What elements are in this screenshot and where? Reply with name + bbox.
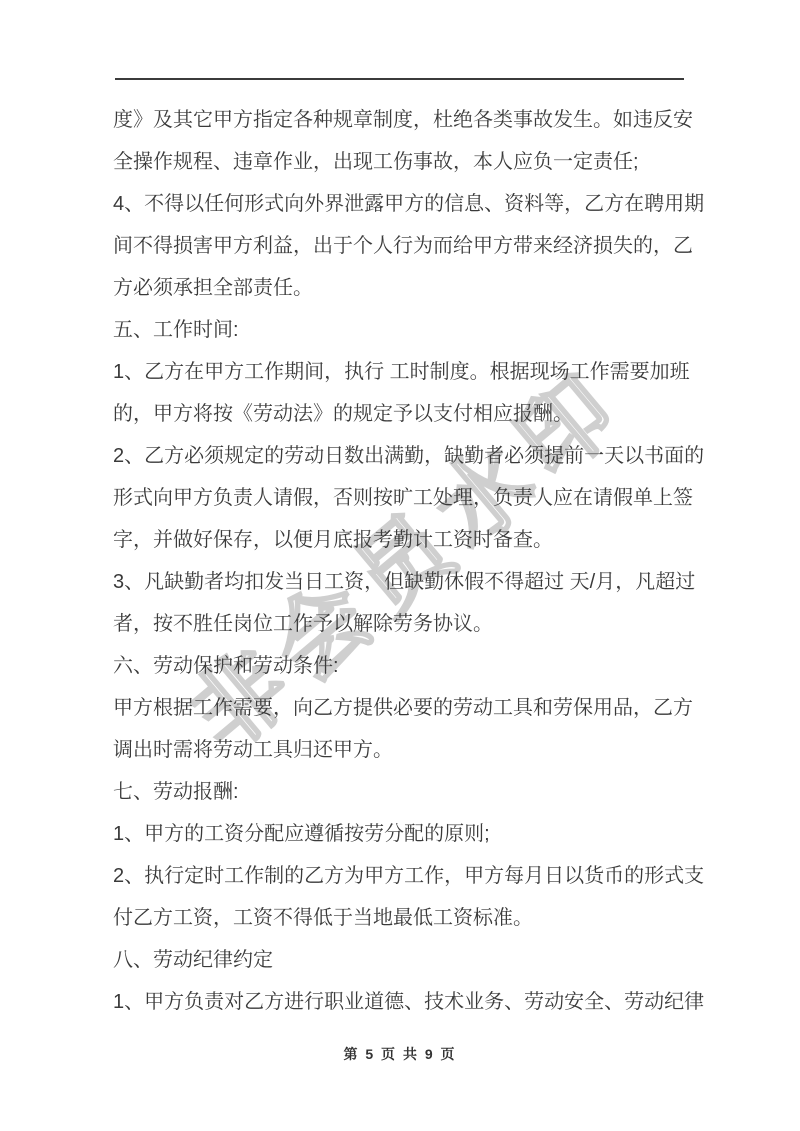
section-heading: 五、工作时间: bbox=[113, 309, 695, 351]
paragraph: 甲方根据工作需要，向乙方提供必要的劳动工具和劳保用品，乙方 调出时需将劳动工具归… bbox=[113, 687, 695, 771]
text-line: 4、不得以任何形式向外界泄露甲方的信息、资料等，乙方在聘用期 bbox=[113, 183, 695, 225]
text-line: 字，并做好保存，以便月底报考勤计工资时备查。 bbox=[113, 519, 695, 561]
text-line: 1、甲方负责对乙方进行职业道德、技术业务、劳动安全、劳动纪律 bbox=[113, 981, 695, 1023]
text-line: 八、劳动纪律约定 bbox=[113, 939, 695, 981]
text-line: 五、工作时间: bbox=[113, 309, 695, 351]
text-line: 甲方根据工作需要，向乙方提供必要的劳动工具和劳保用品，乙方 bbox=[113, 687, 695, 729]
paragraph: 2、执行定时工作制的乙方为甲方工作，甲方每月日以货币的形式支 付乙方工资，工资不… bbox=[113, 855, 695, 939]
document-body: 度》及其它甲方指定各种规章制度，杜绝各类事故发生。如违反安 全操作规程、违章作业… bbox=[113, 99, 695, 1023]
text-line: 全操作规程、违章作业，出现工伤事故，本人应负一定责任; bbox=[113, 141, 695, 183]
section-heading: 六、劳动保护和劳动条件: bbox=[113, 645, 695, 687]
text-line: 形式向甲方负责人请假，否则按旷工处理，负责人应在请假单上签 bbox=[113, 477, 695, 519]
paragraph: 2、乙方必须规定的劳动日数出满勤，缺勤者必须提前一天以书面的 形式向甲方负责人请… bbox=[113, 435, 695, 561]
text-line: 的，甲方将按《劳动法》的规定予以支付相应报酬。 bbox=[113, 393, 695, 435]
text-line: 2、乙方必须规定的劳动日数出满勤，缺勤者必须提前一天以书面的 bbox=[113, 435, 695, 477]
text-line: 六、劳动保护和劳动条件: bbox=[113, 645, 695, 687]
text-line: 1、乙方在甲方工作期间，执行 工时制度。根据现场工作需要加班 bbox=[113, 351, 695, 393]
header-rule bbox=[115, 78, 684, 80]
text-line: 3、凡缺勤者均扣发当日工资，但缺勤休假不得超过 天/月，凡超过 bbox=[113, 561, 695, 603]
text-line: 1、甲方的工资分配应遵循按劳分配的原则; bbox=[113, 813, 695, 855]
text-line: 2、执行定时工作制的乙方为甲方工作，甲方每月日以货币的形式支 bbox=[113, 855, 695, 897]
text-line: 者，按不胜任岗位工作予以解除劳务协议。 bbox=[113, 603, 695, 645]
page-number: 第 5 页 共 9 页 bbox=[343, 1046, 456, 1062]
text-line: 七、劳动报酬: bbox=[113, 771, 695, 813]
text-line: 调出时需将劳动工具归还甲方。 bbox=[113, 729, 695, 771]
paragraph: 3、凡缺勤者均扣发当日工资，但缺勤休假不得超过 天/月，凡超过 者，按不胜任岗位… bbox=[113, 561, 695, 645]
text-line: 度》及其它甲方指定各种规章制度，杜绝各类事故发生。如违反安 bbox=[113, 99, 695, 141]
page-footer: 第 5 页 共 9 页 bbox=[0, 1044, 800, 1064]
paragraph: 1、乙方在甲方工作期间，执行 工时制度。根据现场工作需要加班 的，甲方将按《劳动… bbox=[113, 351, 695, 435]
text-line: 方必须承担全部责任。 bbox=[113, 267, 695, 309]
section-heading: 七、劳动报酬: bbox=[113, 771, 695, 813]
paragraph: 1、甲方的工资分配应遵循按劳分配的原则; bbox=[113, 813, 695, 855]
text-line: 付乙方工资，工资不得低于当地最低工资标准。 bbox=[113, 897, 695, 939]
paragraph: 1、甲方负责对乙方进行职业道德、技术业务、劳动安全、劳动纪律 bbox=[113, 981, 695, 1023]
paragraph: 度》及其它甲方指定各种规章制度，杜绝各类事故发生。如违反安 全操作规程、违章作业… bbox=[113, 99, 695, 183]
document-page: 非会员水印 度》及其它甲方指定各种规章制度，杜绝各类事故发生。如违反安 全操作规… bbox=[0, 0, 800, 1131]
paragraph: 4、不得以任何形式向外界泄露甲方的信息、资料等，乙方在聘用期 间不得损害甲方利益… bbox=[113, 183, 695, 309]
text-line: 间不得损害甲方利益，出于个人行为而给甲方带来经济损失的，乙 bbox=[113, 225, 695, 267]
section-heading: 八、劳动纪律约定 bbox=[113, 939, 695, 981]
